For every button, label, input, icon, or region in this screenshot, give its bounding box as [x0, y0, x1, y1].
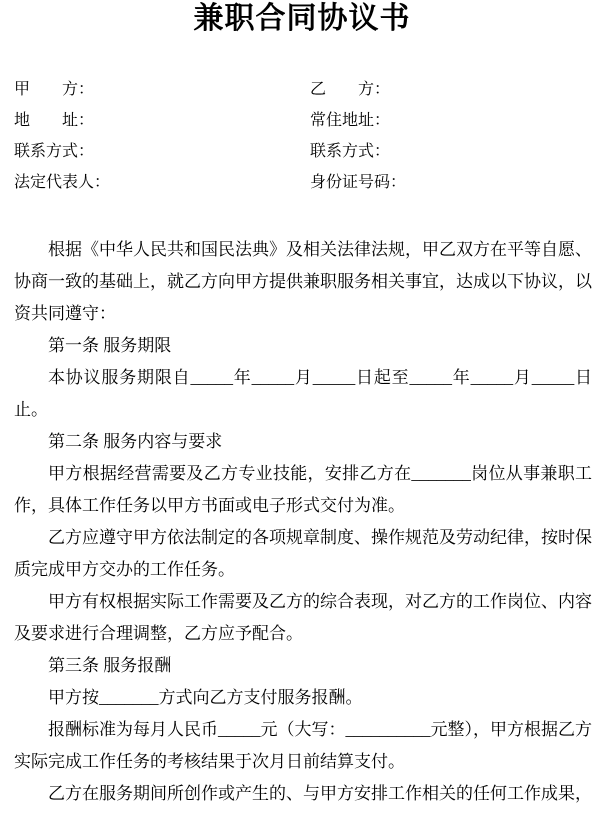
party-b-name-label: 乙 方： — [310, 74, 590, 105]
work-results-paragraph: 乙方在服务期间所创作或产生的、与甲方安排工作相关的任何工作成果， — [14, 778, 592, 810]
party-a-column: 甲 方： 地 址： 联系方式： 法定代表人： — [14, 74, 310, 198]
party-b-address-label: 常住地址： — [310, 105, 590, 136]
payment-method-paragraph: 甲方按_______方式向乙方支付服务报酬。 — [14, 682, 592, 714]
article-1-heading: 第一条 服务期限 — [14, 330, 592, 362]
article-2-heading: 第二条 服务内容与要求 — [14, 426, 592, 458]
party-a-name-label: 甲 方： — [14, 74, 310, 105]
salary-standard-paragraph: 报酬标准为每月人民币_____元（大写：__________元整），甲方根据乙方… — [14, 714, 592, 778]
party-a-representative-label: 法定代表人： — [14, 167, 310, 198]
party-b-contact-label: 联系方式： — [310, 136, 590, 167]
contract-page: 兼职合同协议书 甲 方： 地 址： 联系方式： 法定代表人： 乙 方： 常住地址… — [0, 0, 604, 836]
parties-info-section: 甲 方： 地 址： 联系方式： 法定代表人： 乙 方： 常住地址： 联系方式： … — [14, 74, 590, 198]
party-a-address-label: 地 址： — [14, 105, 310, 136]
contract-body: 根据《中华人民共和国民法典》及相关法律法规，甲乙双方在平等自愿、协商一致的基础上… — [14, 234, 592, 810]
service-content-paragraph: 甲方根据经营需要及乙方专业技能，安排乙方在_______岗位从事兼职工作，具体工… — [14, 458, 592, 522]
party-b-id-label: 身份证号码： — [310, 167, 590, 198]
article-3-heading: 第三条 服务报酬 — [14, 650, 592, 682]
service-term-paragraph: 本协议服务期限自_____年_____月_____日起至_____年_____月… — [14, 362, 592, 426]
adjustment-paragraph: 甲方有权根据实际工作需要及乙方的综合表现，对乙方的工作岗位、内容及要求进行合理调… — [14, 586, 592, 650]
intro-paragraph: 根据《中华人民共和国民法典》及相关法律法规，甲乙双方在平等自愿、协商一致的基础上… — [14, 234, 592, 330]
document-title: 兼职合同协议书 — [0, 0, 604, 36]
party-b-column: 乙 方： 常住地址： 联系方式： 身份证号码： — [310, 74, 590, 198]
compliance-paragraph: 乙方应遵守甲方依法制定的各项规章制度、操作规范及劳动纪律，按时保质完成甲方交办的… — [14, 522, 592, 586]
party-a-contact-label: 联系方式： — [14, 136, 310, 167]
